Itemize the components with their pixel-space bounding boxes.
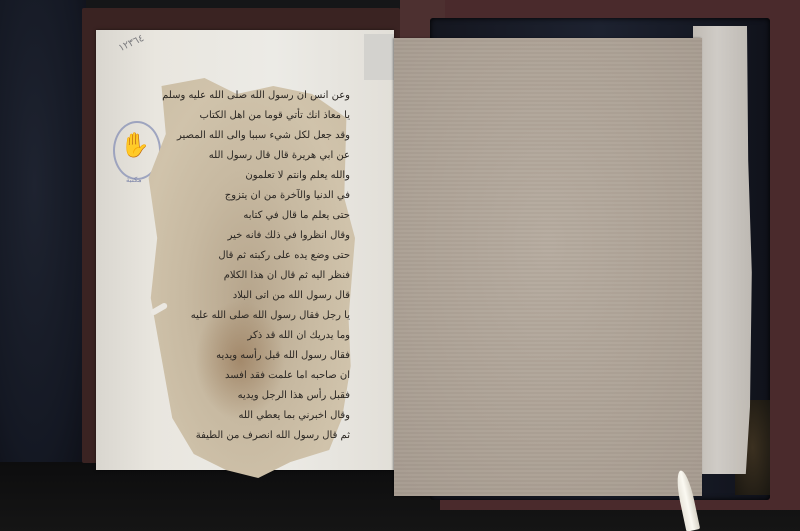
manuscript-line: حتى يعلم ما قال في كتابه [160,206,350,226]
manuscript-line: وقال انظروا في ذلك فانه خير [160,226,350,246]
manuscript-line: فقبل رأس هذا الرجل ويديه [160,386,350,406]
hamsa-icon: ✋ [120,130,150,160]
kraft-paper-sheet [394,38,702,496]
manuscript-line: والله يعلم وانتم لا تعلمون [160,166,350,186]
manuscript-line: يا معاذ انك تأتي قوما من اهل الكتاب [160,106,350,126]
stamp-caption: مكتبة [126,176,142,184]
manuscript-line: فنظر اليه ثم قال ان هذا الكلام [160,266,350,286]
manuscript-text: وعن انس ان رسول الله صلى الله عليه وسلم … [160,86,350,426]
manuscript-line: عن ابي هريرة قال قال رسول الله [160,146,350,166]
page-fold [364,34,394,80]
manuscript-line: وعن انس ان رسول الله صلى الله عليه وسلم … [160,86,350,106]
manuscript-line: ثم قال رسول الله انصرف من الطيفة [160,426,350,446]
manuscript-line: وقال اخبرني بما يعطي الله [160,406,350,426]
manuscript-line: وما يدريك ان الله قد ذكر [160,326,350,346]
manuscript-line: يا رجل فقال رسول الله صلى الله عليه [160,306,350,326]
manuscript-line: ان صاحبه اما علمت فقد افسد [160,366,350,386]
manuscript-line: فقال رسول الله قبل رأسه ويديه [160,346,350,366]
tissue-paper-strip [693,26,753,474]
dark-leather-backdrop [0,0,86,462]
manuscript-line: حتى وضع يده على ركبته ثم قال [160,246,350,266]
manuscript-line: في الدنيا والآخرة من ان يتزوج [160,186,350,206]
manuscript-line: وقد جعل لكل شيء سببا والى الله المصير [160,126,350,146]
manuscript-line: قال رسول الله من اتى البلاد [160,286,350,306]
